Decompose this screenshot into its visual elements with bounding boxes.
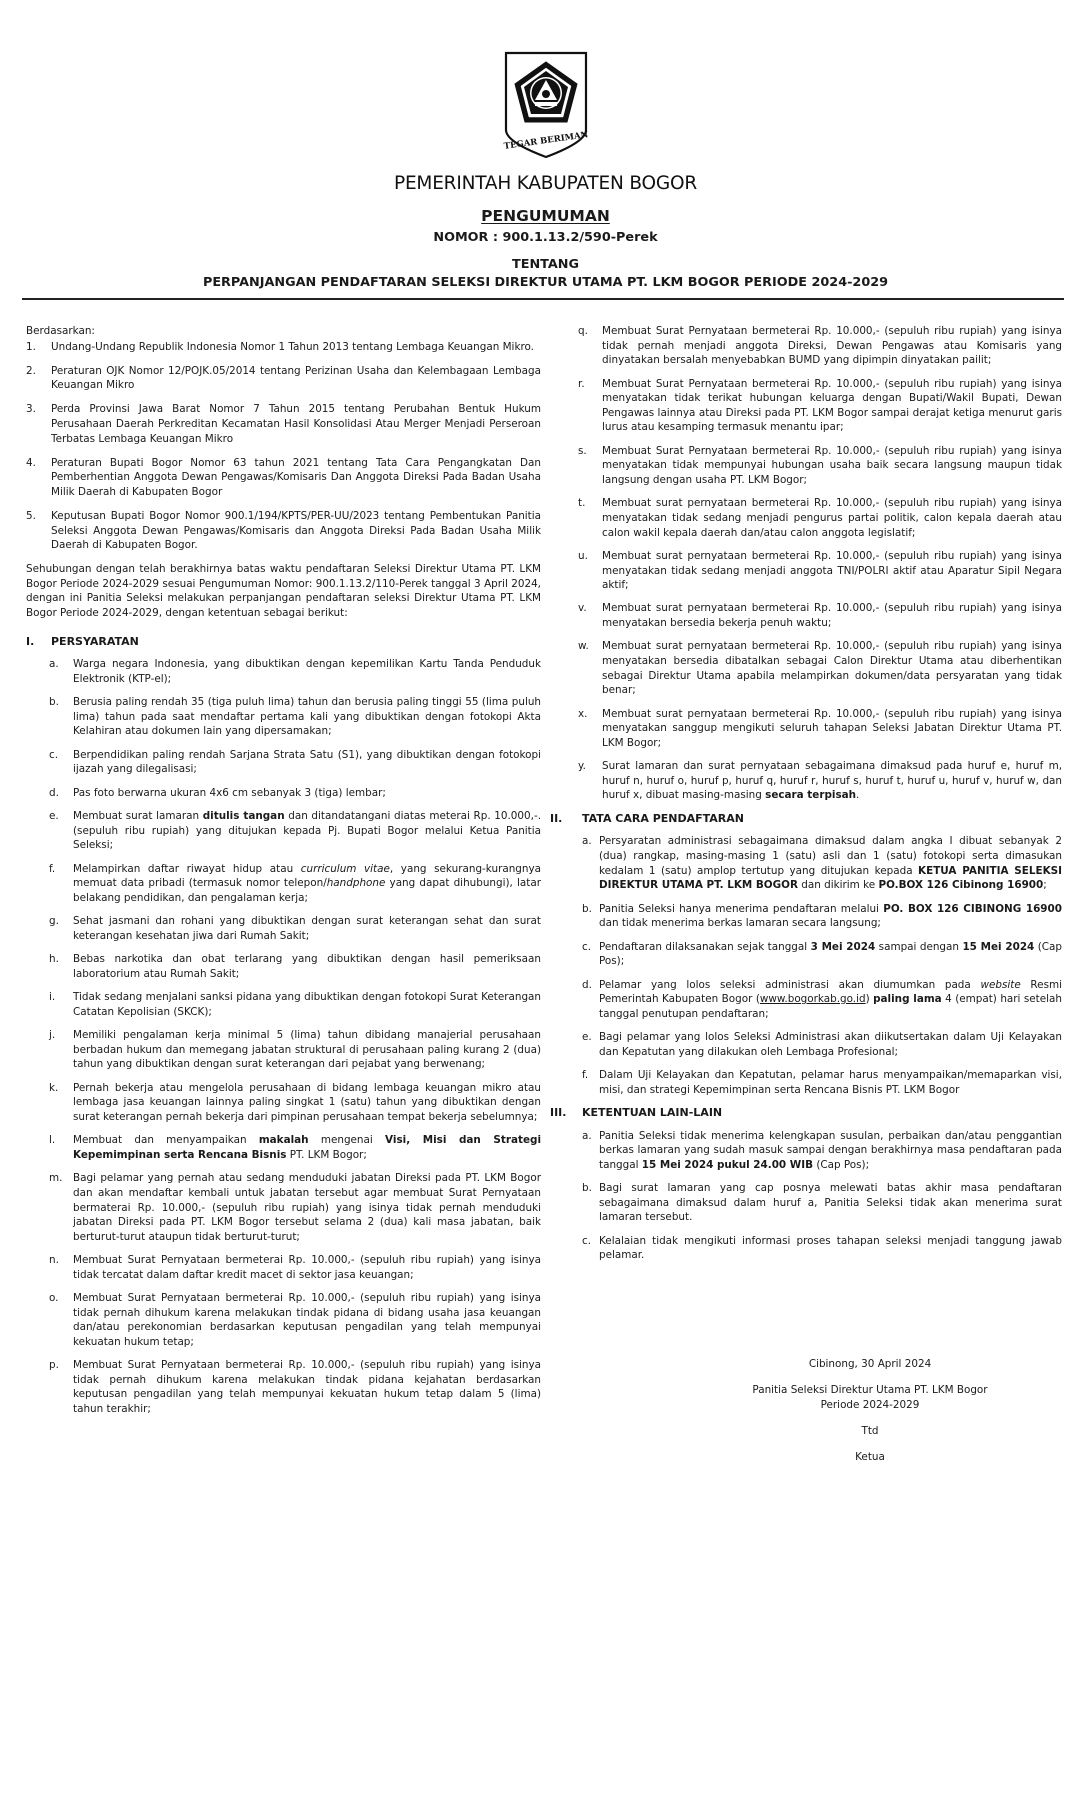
item-letter: n. (49, 1253, 73, 1282)
requirement-item-u: u.Membuat surat pernyataan bermeterai Rp… (578, 549, 1062, 593)
section-number: II. (550, 812, 582, 827)
item-text: Bebas narkotika dan obat terlarang yang … (73, 952, 541, 981)
item-letter: b. (582, 902, 599, 931)
procedure-item-a: a.Persyaratan administrasi sebagaimana d… (582, 834, 1062, 892)
requirement-item-o: o.Membuat Surat Pernyataan bermeterai Rp… (49, 1291, 541, 1349)
procedure-item-b: b.Panitia Seleksi hanya menerima pendaft… (582, 902, 1062, 931)
item-text: Pernah bekerja atau mengelola perusahaan… (73, 1081, 541, 1125)
basis-item: 5.Keputusan Bupati Bogor Nomor 900.1/194… (26, 509, 541, 553)
item-text: Bagi surat lamaran yang cap posnya melew… (599, 1181, 1062, 1225)
basis-item-number: 5. (26, 509, 51, 553)
requirement-item-t: t.Membuat surat pernyataan bermeterai Rp… (578, 496, 1062, 540)
requirement-item-w: w.Membuat surat pernyataan bermeterai Rp… (578, 639, 1062, 697)
item-text: Membuat Surat Pernyataan bermeterai Rp. … (73, 1291, 541, 1349)
item-text: Warga negara Indonesia, yang dibuktikan … (73, 657, 541, 686)
basis-list: 1.Undang-Undang Republik Indonesia Nomor… (26, 340, 541, 553)
procedure-item-e: e.Bagi pelamar yang lolos Seleksi Admini… (582, 1030, 1062, 1059)
procedure-item-f: f.Dalam Uji Kelayakan dan Kepatutan, pel… (582, 1068, 1062, 1097)
item-letter: c. (582, 940, 599, 969)
requirement-item-h: h.Bebas narkotika dan obat terlarang yan… (49, 952, 541, 981)
item-letter: c. (49, 748, 73, 777)
item-letter: f. (49, 862, 73, 906)
section-number: III. (550, 1106, 582, 1121)
emphasis-deadline: 15 Mei 2024 pukul 24.00 WIB (642, 1159, 813, 1171)
item-letter: h. (49, 952, 73, 981)
item-letter: a. (49, 657, 73, 686)
provision-item-c: c.Kelalaian tidak mengikuti informasi pr… (582, 1234, 1062, 1263)
basis-item-number: 1. (26, 340, 51, 355)
basis-item-number: 2. (26, 364, 51, 393)
item-text: Bagi pelamar yang lolos Seleksi Administ… (599, 1030, 1062, 1059)
item-text: Pelamar yang lolos seleksi administrasi … (599, 978, 1062, 1022)
item-letter: c. (582, 1234, 599, 1263)
item-text: Membuat Surat Pernyataan bermeterai Rp. … (602, 444, 1062, 488)
basis-item-number: 4. (26, 456, 51, 500)
basis-label: Berdasarkan: (26, 324, 541, 339)
requirement-item-v: v.Membuat surat pernyataan bermeterai Rp… (578, 601, 1062, 630)
signature-committee-line1: Panitia Seleksi Direktur Utama PT. LKM B… (700, 1383, 1040, 1398)
item-text: Membuat Surat Pernyataan bermeterai Rp. … (73, 1358, 541, 1416)
item-text: Membuat surat lamaran ditulis tangan dan… (73, 809, 541, 853)
item-text: Sehat jasmani dan rohani yang dibuktikan… (73, 914, 541, 943)
text-run: Pelamar yang lolos seleksi administrasi … (599, 979, 980, 991)
text-run: dan dikirim ke (798, 879, 878, 891)
item-text: Surat lamaran dan surat pernyataan sebag… (602, 759, 1062, 803)
text-run: (Cap Pos); (813, 1159, 869, 1171)
emphasis-handwritten: ditulis tangan (203, 810, 285, 822)
document-number: NOMOR : 900.1.13.2/590-Perek (0, 230, 1091, 245)
item-letter: y. (578, 759, 602, 803)
item-letter: k. (49, 1081, 73, 1125)
item-letter: l. (49, 1133, 73, 1162)
item-text: Membuat Surat Pernyataan bermeterai Rp. … (602, 324, 1062, 368)
item-letter: b. (49, 695, 73, 739)
signature-committee-line2: Periode 2024-2029 (700, 1398, 1040, 1413)
procedure-item-d: d.Pelamar yang lolos seleksi administras… (582, 978, 1062, 1022)
header-divider (22, 298, 1064, 300)
item-letter: r. (578, 377, 602, 435)
emphasis-end-date: 15 Mei 2024 (962, 941, 1034, 953)
requirement-item-g: g.Sehat jasmani dan rohani yang dibuktik… (49, 914, 541, 943)
item-text: Membuat surat pernyataan bermeterai Rp. … (602, 601, 1062, 630)
requirement-item-m: m.Bagi pelamar yang pernah atau sedang m… (49, 1171, 541, 1244)
basis-item: 1.Undang-Undang Republik Indonesia Nomor… (26, 340, 541, 355)
text-run: Melampirkan daftar riwayat hidup atau (73, 863, 301, 875)
item-text: Panitia Seleksi tidak menerima kelengkap… (599, 1129, 1062, 1173)
government-name: PEMERINTAH KABUPATEN BOGOR (0, 173, 1091, 194)
item-text: Berusia paling rendah 35 (tiga puluh lim… (73, 695, 541, 739)
basis-item-text: Peraturan OJK Nomor 12/POJK.05/2014 tent… (51, 364, 541, 393)
item-letter: u. (578, 549, 602, 593)
section-heading-registration-procedure: II. TATA CARA PENDAFTARAN (550, 812, 1062, 827)
requirement-item-l: l.Membuat dan menyampaikan makalah menge… (49, 1133, 541, 1162)
registration-procedure-list: a.Persyaratan administrasi sebagaimana d… (550, 834, 1062, 1097)
item-text: Kelalaian tidak mengikuti informasi pros… (599, 1234, 1062, 1263)
requirement-item-y: y.Surat lamaran dan surat pernyataan seb… (578, 759, 1062, 803)
text-run: ) (866, 993, 874, 1005)
item-letter: x. (578, 707, 602, 751)
section-title: KETENTUAN LAIN-LAIN (582, 1106, 722, 1121)
item-text: Panitia Seleksi hanya menerima pendaftar… (599, 902, 1062, 931)
emphasis-paper: makalah (259, 1134, 309, 1146)
basis-item: 2.Peraturan OJK Nomor 12/POJK.05/2014 te… (26, 364, 541, 393)
item-text: Membuat dan menyampaikan makalah mengena… (73, 1133, 541, 1162)
item-letter: j. (49, 1028, 73, 1072)
italic-term: curriculum vitae (301, 863, 390, 875)
text-run: mengenai (309, 1134, 385, 1146)
section-title: PERSYARATAN (51, 635, 139, 650)
text-run: PT. LKM Bogor; (286, 1149, 366, 1161)
italic-term: website (980, 979, 1020, 991)
section-number: I. (26, 635, 51, 650)
text-run: sampai dengan (875, 941, 962, 953)
item-letter: i. (49, 990, 73, 1019)
item-text: Pendaftaran dilaksanakan sejak tanggal 3… (599, 940, 1062, 969)
item-letter: f. (582, 1068, 599, 1097)
basis-item: 3.Perda Provinsi Jawa Barat Nomor 7 Tahu… (26, 402, 541, 446)
requirement-item-i: i.Tidak sedang menjalani sanksi pidana y… (49, 990, 541, 1019)
kabupaten-bogor-emblem-icon: TEGAR BERIMAN (503, 50, 589, 160)
item-text: Dalam Uji Kelayakan dan Kepatutan, pelam… (599, 1068, 1062, 1097)
basis-item: 4.Peraturan Bupati Bogor Nomor 63 tahun … (26, 456, 541, 500)
item-letter: t. (578, 496, 602, 540)
signature-role: Ketua (700, 1450, 1040, 1465)
emphasis-po-box: PO. BOX 126 CIBINONG 16900 (883, 903, 1062, 915)
item-letter: e. (582, 1030, 599, 1059)
item-letter: d. (49, 786, 73, 801)
requirement-item-x: x.Membuat surat pernyataan bermeterai Rp… (578, 707, 1062, 751)
text-run: Membuat surat lamaran (73, 810, 203, 822)
item-text: Membuat Surat Pernyataan bermeterai Rp. … (73, 1253, 541, 1282)
item-letter: a. (582, 834, 599, 892)
requirement-item-k: k.Pernah bekerja atau mengelola perusaha… (49, 1081, 541, 1125)
item-letter: w. (578, 639, 602, 697)
item-letter: s. (578, 444, 602, 488)
item-text: Membuat surat pernyataan bermeterai Rp. … (602, 549, 1062, 593)
item-text: Berpendidikan paling rendah Sarjana Stra… (73, 748, 541, 777)
item-letter: p. (49, 1358, 73, 1416)
requirement-item-p: p.Membuat Surat Pernyataan bermeterai Rp… (49, 1358, 541, 1416)
document-subject: PERPANJANGAN PENDAFTARAN SELEKSI DIREKTU… (0, 275, 1091, 290)
item-letter: v. (578, 601, 602, 630)
signature-place-date: Cibinong, 30 April 2024 (700, 1357, 1040, 1372)
requirement-item-q: q.Membuat Surat Pernyataan bermeterai Rp… (578, 324, 1062, 368)
section-title: TATA CARA PENDAFTARAN (582, 812, 744, 827)
item-text: Membuat Surat Pernyataan bermeterai Rp. … (602, 377, 1062, 435)
item-text: Membuat surat pernyataan bermeterai Rp. … (602, 496, 1062, 540)
provision-item-b: b.Bagi surat lamaran yang cap posnya mel… (582, 1181, 1062, 1225)
requirement-item-d: d.Pas foto berwarna ukuran 4x6 cm sebany… (49, 786, 541, 801)
basis-item-text: Keputusan Bupati Bogor Nomor 900.1/194/K… (51, 509, 541, 553)
section-heading-other-provisions: III. KETENTUAN LAIN-LAIN (550, 1106, 1062, 1121)
italic-term: handphone (327, 877, 386, 889)
item-letter: o. (49, 1291, 73, 1349)
item-text: Melampirkan daftar riwayat hidup atau cu… (73, 862, 541, 906)
emphasis-start-date: 3 Mei 2024 (811, 941, 876, 953)
basis-item-text: Perda Provinsi Jawa Barat Nomor 7 Tahun … (51, 402, 541, 446)
item-text: Memiliki pengalaman kerja minimal 5 (lim… (73, 1028, 541, 1072)
requirement-item-s: s.Membuat Surat Pernyataan bermeterai Rp… (578, 444, 1062, 488)
requirements-list: a.Warga negara Indonesia, yang dibuktika… (26, 657, 541, 1416)
basis-item-text: Peraturan Bupati Bogor Nomor 63 tahun 20… (51, 456, 541, 500)
document-title: PENGUMUMAN (0, 207, 1091, 225)
item-letter: g. (49, 914, 73, 943)
item-letter: b. (582, 1181, 599, 1225)
emphasis-separately: secara terpisah (765, 789, 856, 801)
requirement-item-j: j.Memiliki pengalaman kerja minimal 5 (l… (49, 1028, 541, 1072)
requirement-item-b: b.Berusia paling rendah 35 (tiga puluh l… (49, 695, 541, 739)
emphasis-po-box: PO.BOX 126 Cibinong 16900 (878, 879, 1043, 891)
item-letter: q. (578, 324, 602, 368)
intro-paragraph: Sehubungan dengan telah berakhirnya bata… (26, 562, 541, 620)
other-provisions-list: a.Panitia Seleksi tidak menerima kelengk… (550, 1129, 1062, 1263)
section-heading-requirements: I. PERSYARATAN (26, 635, 541, 650)
text-run: Pendaftaran dilaksanakan sejak tanggal (599, 941, 811, 953)
requirements-list-continued: q.Membuat Surat Pernyataan bermeterai Rp… (550, 324, 1062, 803)
basis-item-text: Undang-Undang Republik Indonesia Nomor 1… (51, 340, 541, 355)
about-label: TENTANG (0, 257, 1091, 272)
requirement-item-c: c.Berpendidikan paling rendah Sarjana St… (49, 748, 541, 777)
item-text: Membuat surat pernyataan bermeterai Rp. … (602, 639, 1062, 697)
item-text: Tidak sedang menjalani sanksi pidana yan… (73, 990, 541, 1019)
text-run: . (856, 789, 859, 801)
item-letter: m. (49, 1171, 73, 1244)
requirement-item-r: r.Membuat Surat Pernyataan bermeterai Rp… (578, 377, 1062, 435)
requirement-item-n: n.Membuat Surat Pernyataan bermeterai Rp… (49, 1253, 541, 1282)
procedure-item-c: c.Pendaftaran dilaksanakan sejak tanggal… (582, 940, 1062, 969)
website-link[interactable]: www.bogorkab.go.id (760, 993, 866, 1005)
item-letter: d. (582, 978, 599, 1022)
right-column: q.Membuat Surat Pernyataan bermeterai Rp… (550, 324, 1062, 1272)
item-letter: a. (582, 1129, 599, 1173)
item-text: Membuat surat pernyataan bermeterai Rp. … (602, 707, 1062, 751)
basis-item-number: 3. (26, 402, 51, 446)
requirement-item-e: e.Membuat surat lamaran ditulis tangan d… (49, 809, 541, 853)
left-column: Berdasarkan: 1.Undang-Undang Republik In… (26, 324, 541, 1425)
provision-item-a: a.Panitia Seleksi tidak menerima kelengk… (582, 1129, 1062, 1173)
document-title-text: PENGUMUMAN (481, 207, 610, 225)
requirement-item-f: f.Melampirkan daftar riwayat hidup atau … (49, 862, 541, 906)
text-run: Membuat dan menyampaikan (73, 1134, 259, 1146)
requirement-item-a: a.Warga negara Indonesia, yang dibuktika… (49, 657, 541, 686)
text-run: ; (1043, 879, 1047, 891)
item-text: Bagi pelamar yang pernah atau sedang men… (73, 1171, 541, 1244)
emphasis-at-most: paling lama (873, 993, 942, 1005)
text-run: Panitia Seleksi hanya menerima pendaftar… (599, 903, 883, 915)
text-run: dan tidak menerima berkas lamaran secara… (599, 917, 881, 929)
item-text: Pas foto berwarna ukuran 4x6 cm sebanyak… (73, 786, 541, 801)
item-text: Persyaratan administrasi sebagaimana dim… (599, 834, 1062, 892)
signature-signed: Ttd (700, 1424, 1040, 1439)
item-letter: e. (49, 809, 73, 853)
